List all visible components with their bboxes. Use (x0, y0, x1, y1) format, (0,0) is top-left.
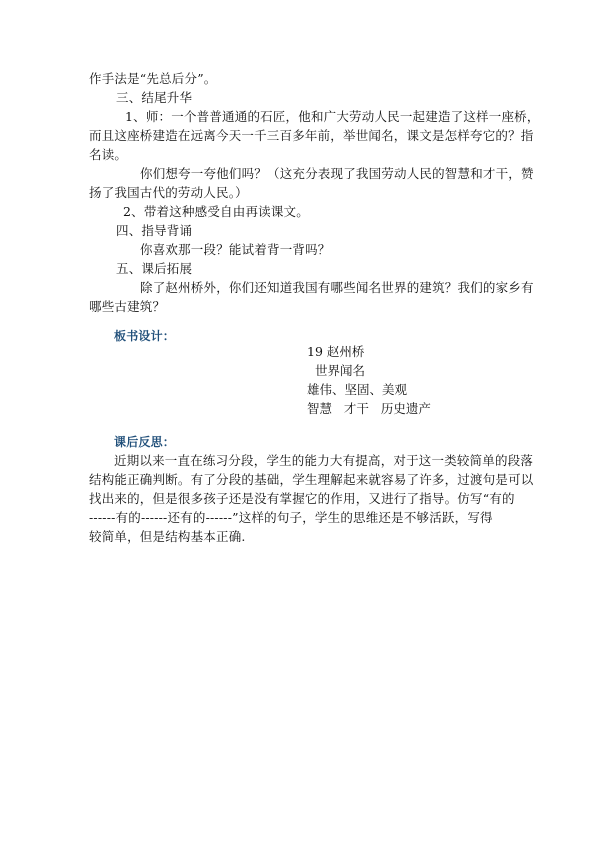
board-line: 雄伟、坚固、美观 (307, 382, 407, 398)
reflection-line: 找出来的，但是很多孩子还是没有掌握它的作用，又进行了指导。仿写“有的 (89, 491, 515, 507)
section-heading-recite: 四、指导背诵 (116, 223, 192, 239)
paragraph-line: 作手法是“先总后分”。 (89, 71, 216, 87)
board-line: 19 赵州桥 (307, 344, 364, 360)
section-heading-extension: 五、课后拓展 (116, 261, 192, 277)
paragraph-line: 你喜欢那一段？能试着背一背吗？ (140, 242, 331, 258)
paragraph-line: 而且这座桥建造在远离今天一千三百多年前，举世闻名，课文是怎样夸它的？指 (89, 128, 534, 144)
paragraph-line: 1、师：一个普普通通的石匠，他和广大劳动人民一起建造了这样一座桥， (125, 109, 540, 125)
paragraph-line: 名读。 (89, 147, 127, 163)
paragraph-line: 2、带着这种感受自由再读课文。 (123, 204, 309, 220)
reflection-line: 结构能正确判断。有了分段的基础，学生理解起来就容易了许多，过渡句是可以 (89, 472, 534, 488)
reflection-heading: 课后反思： (114, 434, 175, 450)
board-line: 世界闻名 (307, 363, 365, 379)
board-line: 智慧 才干 历史遗产 (307, 401, 431, 417)
reflection-line: ------有的------还有的------”这样的句子，学生的思维还是不够活… (89, 510, 493, 526)
section-heading-ending: 三、结尾升华 (116, 90, 192, 106)
paragraph-line: 你们想夸一夸他们吗？（这充分表现了我国劳动人民的智慧和才干，赞 (140, 166, 534, 182)
paragraph-line: 哪些古建筑？ (89, 299, 165, 315)
paragraph-line: 扬了我国古代的劳动人民。） (89, 185, 248, 201)
reflection-line: 较简单，但是结构基本正确. (89, 529, 246, 545)
paragraph-line: 除了赵州桥外，你们还知道我国有哪些闻名世界的建筑？我们的家乡有 (140, 280, 534, 296)
board-design-heading: 板书设计： (114, 328, 175, 344)
reflection-line: 近期以来一直在练习分段，学生的能力大有提高，对于这一类较简单的段落 (114, 453, 533, 469)
